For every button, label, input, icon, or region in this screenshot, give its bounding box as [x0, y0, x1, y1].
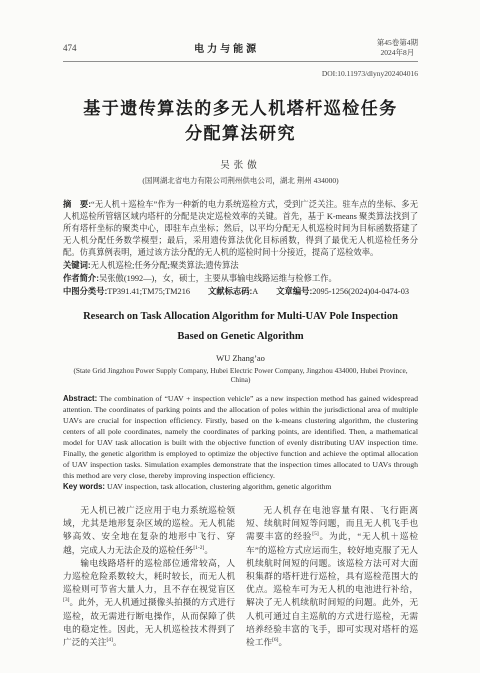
article-title-zh-line1: 基于遗传算法的多无人机塔杆巡检任务	[63, 96, 418, 121]
body-paragraph: 无人机存在电池容量有限、飞行距离短、续航时间短等问题，而且无人机飞手也需要丰富的…	[246, 504, 418, 649]
article-title-en: Research on Task Allocation Algorithm fo…	[63, 307, 418, 347]
keywords-en-label: Key words:	[63, 482, 105, 491]
article-title-en-line1: Research on Task Allocation Algorithm fo…	[63, 307, 418, 327]
page-number: 474	[63, 43, 77, 53]
journal-name: 电力与能源	[194, 40, 259, 55]
issue-date: 2024年8月	[377, 48, 418, 58]
abstract-zh: 摘 要:“无人机＋巡检车”作为一种新的电力系统巡检方式，受到广泛关注。驻车点的坐…	[63, 198, 418, 259]
abstract-zh-text: “无人机＋巡检车”作为一种新的电力系统巡检方式，受到广泛关注。驻车点的坐标、多无…	[63, 200, 418, 257]
abstract-en: Abstract: The combination of “UAV + insp…	[63, 393, 418, 481]
issue-info: 第45卷第4期 2024年8月	[377, 38, 418, 57]
keywords-zh-label: 关键词:	[63, 260, 91, 270]
keywords-en: Key words: UAV inspection, task allocati…	[63, 481, 418, 492]
affiliation-zh: (国网湖北省电力有限公司荆州供电公司，湖北 荆州 434000)	[63, 175, 418, 186]
author-name-en: WU Zhang’ao	[63, 353, 418, 363]
abstract-zh-label: 摘 要:	[63, 199, 91, 209]
keywords-zh-text: 无人机巡检;任务分配;聚类算法;遗传算法	[91, 261, 239, 270]
body-columns: 无人机已被广泛应用于电力系统巡检领域，尤其是地形复杂区域的巡检。无人机能够高效、…	[63, 504, 418, 649]
doi-line: DOI:10.11973/dlyny202404016	[63, 69, 418, 78]
author-name-zh: 吴张傲	[63, 157, 418, 171]
clc-number: 中图分类号:TP391.41;TM75;TM216	[63, 285, 190, 298]
affiliation-en: (State Grid Jingzhou Power Supply Compan…	[63, 366, 418, 384]
abstract-en-text: The combination of “UAV + inspection veh…	[63, 394, 418, 480]
author-bio-text: 吴张傲(1992—)，女，硕士，主要从事输电线路运维与检修工作。	[99, 274, 337, 283]
article-title-zh: 基于遗传算法的多无人机塔杆巡检任务 分配算法研究	[63, 96, 418, 146]
chinese-abstract-block: 摘 要:“无人机＋巡检车”作为一种新的电力系统巡检方式，受到广泛关注。驻车点的坐…	[63, 198, 418, 298]
volume-issue: 第45卷第4期	[377, 38, 418, 48]
page-header: 474 电力与能源 第45卷第4期 2024年8月	[63, 38, 418, 62]
journal-page: 474 电力与能源 第45卷第4期 2024年8月 DOI:10.11973/d…	[0, 0, 480, 673]
article-title-zh-line2: 分配算法研究	[63, 121, 418, 146]
keywords-en-text: UAV inspection, task allocation, cluster…	[107, 482, 331, 491]
body-right-column: 无人机存在电池容量有限、飞行距离短、续航时间短等问题，而且无人机飞手也需要丰富的…	[246, 504, 418, 649]
abstract-en-label: Abstract:	[63, 394, 97, 403]
keywords-zh: 关键词:无人机巡检;任务分配;聚类算法;遗传算法	[63, 259, 418, 272]
english-abstract-block: Abstract: The combination of “UAV + insp…	[63, 393, 418, 492]
document-code: 文献标志码:A	[208, 285, 258, 298]
author-bio-label: 作者简介:	[63, 273, 99, 283]
article-title-en-line2: Based on Genetic Algorithm	[63, 327, 418, 347]
body-paragraph: 无人机已被广泛应用于电力系统巡检领域，尤其是地形复杂区域的巡检。无人机能够高效、…	[63, 504, 235, 557]
body-paragraph: 输电线路塔杆的巡检部位通常较高，人力巡检危险系数较大，耗时较长，而无人机巡检则可…	[63, 557, 235, 649]
article-number: 文章编号:2095-1256(2024)04-0474-03	[276, 285, 409, 298]
author-bio: 作者简介:吴张傲(1992—)，女，硕士，主要从事输电线路运维与检修工作。	[63, 272, 418, 285]
body-left-column: 无人机已被广泛应用于电力系统巡检领域，尤其是地形复杂区域的巡检。无人机能够高效、…	[63, 504, 235, 649]
classification-line: 中图分类号:TP391.41;TM75;TM216 文献标志码:A 文章编号:2…	[63, 285, 418, 298]
